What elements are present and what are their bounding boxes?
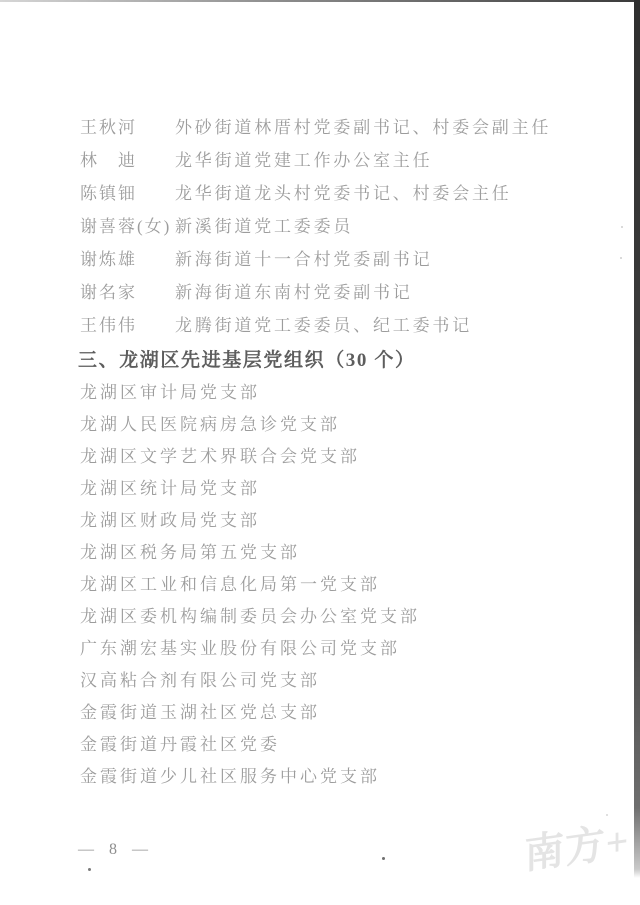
scan-right-edge-band	[634, 0, 640, 878]
organization-item: 龙湖区审计局党支部	[80, 374, 420, 406]
organization-item: 龙湖区财政局党支部	[80, 502, 420, 534]
recipient-title: 新海街道十一合村党委副书记	[175, 245, 432, 270]
organization-item: 龙湖区委机构编制委员会办公室党支部	[80, 598, 420, 630]
recipient-row: 谢炼雄 新海街道十一合村党委副书记	[80, 241, 551, 274]
section-heading: 三、龙湖区先进基层党组织（30 个）	[78, 345, 416, 372]
organization-item: 龙湖区统计局党支部	[80, 470, 420, 502]
organization-item: 汉高粘合剂有限公司党支部	[80, 662, 420, 694]
organization-item: 龙湖区工业和信息化局第一党支部	[80, 566, 420, 598]
recipient-title: 龙腾街道党工委委员、纪工委书记	[175, 311, 472, 336]
recipient-name: 谢名家	[80, 278, 175, 303]
recipient-name: 谢炼雄	[80, 245, 175, 270]
scan-top-edge-line	[0, 0, 640, 2]
recipient-name: 陈镇钿	[80, 179, 175, 204]
recipient-row: 陈镇钿 龙华街道龙头村党委书记、村委会主任	[80, 175, 551, 208]
recipient-list: 王秋河 外砂街道林厝村党委副书记、村委会副主任 林 迪 龙华街道党建工作办公室主…	[80, 109, 551, 340]
recipient-title: 外砂街道林厝村党委副书记、村委会副主任	[175, 113, 551, 138]
scan-speck	[621, 226, 623, 228]
organization-list: 龙湖区审计局党支部 龙湖人民医院病房急诊党支部 龙湖区文学艺术界联合会党支部 龙…	[80, 374, 420, 790]
recipient-row: 林 迪 龙华街道党建工作办公室主任	[80, 142, 551, 175]
recipient-row: 谢喜蓉(女) 新溪街道党工委委员	[80, 208, 551, 241]
recipient-title: 龙华街道党建工作办公室主任	[175, 146, 432, 171]
recipient-title: 新海街道东南村党委副书记	[175, 278, 413, 303]
organization-item: 龙湖区税务局第五党支部	[80, 534, 420, 566]
organization-item: 广东潮宏基实业股份有限公司党支部	[80, 630, 420, 662]
recipient-name: 王秋河	[80, 113, 175, 138]
organization-item: 龙湖人民医院病房急诊党支部	[80, 406, 420, 438]
page-number: — 8 —	[78, 841, 149, 859]
scan-speck	[620, 257, 622, 259]
recipient-name: 王伟伟	[80, 311, 175, 336]
recipient-row: 王伟伟 龙腾街道党工委委员、纪工委书记	[80, 307, 551, 340]
recipient-title: 新溪街道党工委委员	[175, 212, 353, 237]
scanned-document-page: 王秋河 外砂街道林厝村党委副书记、村委会副主任 林 迪 龙华街道党建工作办公室主…	[0, 0, 640, 905]
organization-item: 金霞街道丹霞社区党委	[80, 726, 420, 758]
organization-item: 金霞街道少儿社区服务中心党支部	[80, 758, 420, 790]
recipient-name: 谢喜蓉(女)	[80, 212, 175, 237]
organization-item: 龙湖区文学艺术界联合会党支部	[80, 438, 420, 470]
recipient-title: 龙华街道龙头村党委书记、村委会主任	[175, 179, 512, 204]
recipient-row: 谢名家 新海街道东南村党委副书记	[80, 274, 551, 307]
scan-speck	[88, 868, 91, 871]
nanfang-plus-watermark: 南方+	[525, 808, 630, 880]
recipient-name: 林 迪	[80, 146, 175, 171]
organization-item: 金霞街道玉湖社区党总支部	[80, 694, 420, 726]
scan-speck	[382, 857, 385, 860]
recipient-row: 王秋河 外砂街道林厝村党委副书记、村委会副主任	[80, 109, 551, 142]
